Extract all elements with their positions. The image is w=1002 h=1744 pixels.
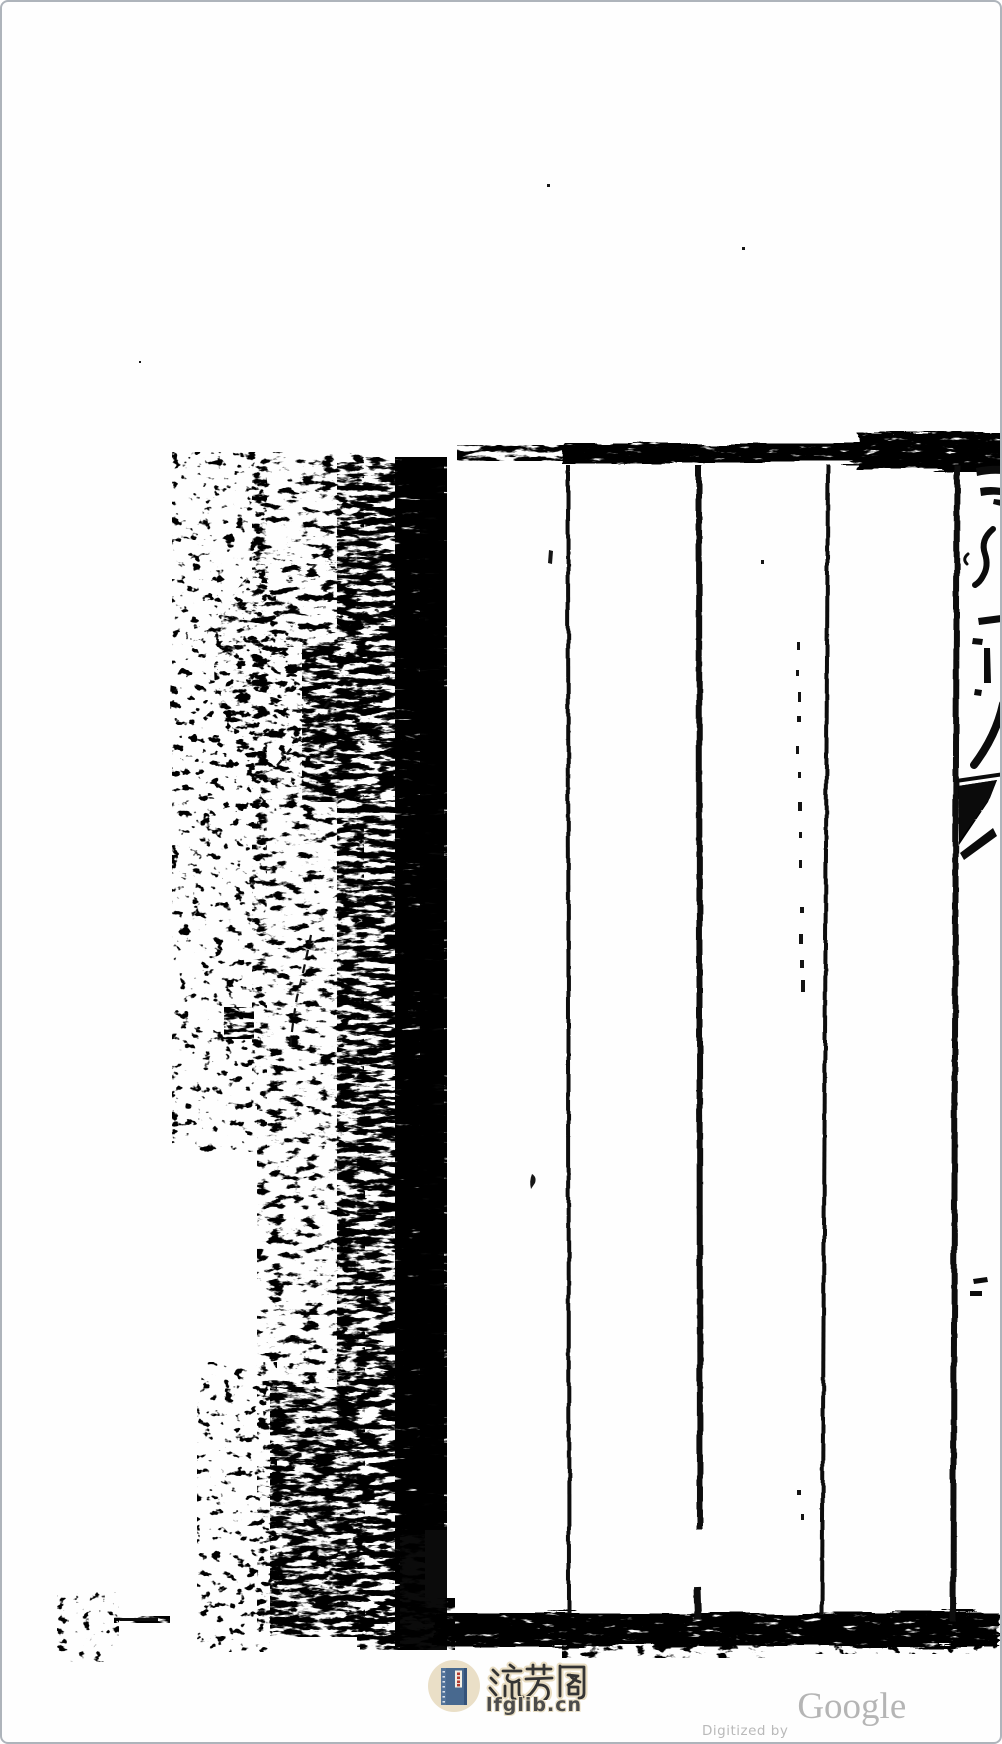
column-rules [568, 465, 957, 1622]
site-watermark: 流芳阁 lfglib.cn [428, 1660, 596, 1714]
fishtail-mark-icon [956, 772, 1002, 860]
thread-bound-book-icon [428, 1660, 480, 1712]
page-frame-bottom-border [360, 1598, 999, 1658]
digitized-by-label: Digitized by [702, 1723, 788, 1739]
scanned-page-viewport: 流芳阁 lfglib.cn Digitized by Google [0, 0, 1002, 1744]
faint-character-remnants [796, 642, 805, 1520]
column-rule-3 [822, 465, 828, 1616]
column-rule-1 [568, 465, 569, 1614]
column-rule-2-lower-segment [697, 1587, 698, 1620]
site-url: lfglib.cn [486, 1694, 582, 1716]
book-page-scan [2, 2, 1002, 1744]
column-rule-4 [953, 466, 957, 1622]
left-ink-smudge [57, 452, 447, 1662]
digitized-by-credit: Digitized by Google [702, 1685, 906, 1728]
site-logo-badge [428, 1660, 480, 1712]
google-logo: Google [797, 1685, 906, 1728]
edge-glyph-fragments [965, 466, 1002, 1296]
column-rule-2 [699, 465, 700, 1530]
page-frame-top-border [457, 433, 1002, 469]
